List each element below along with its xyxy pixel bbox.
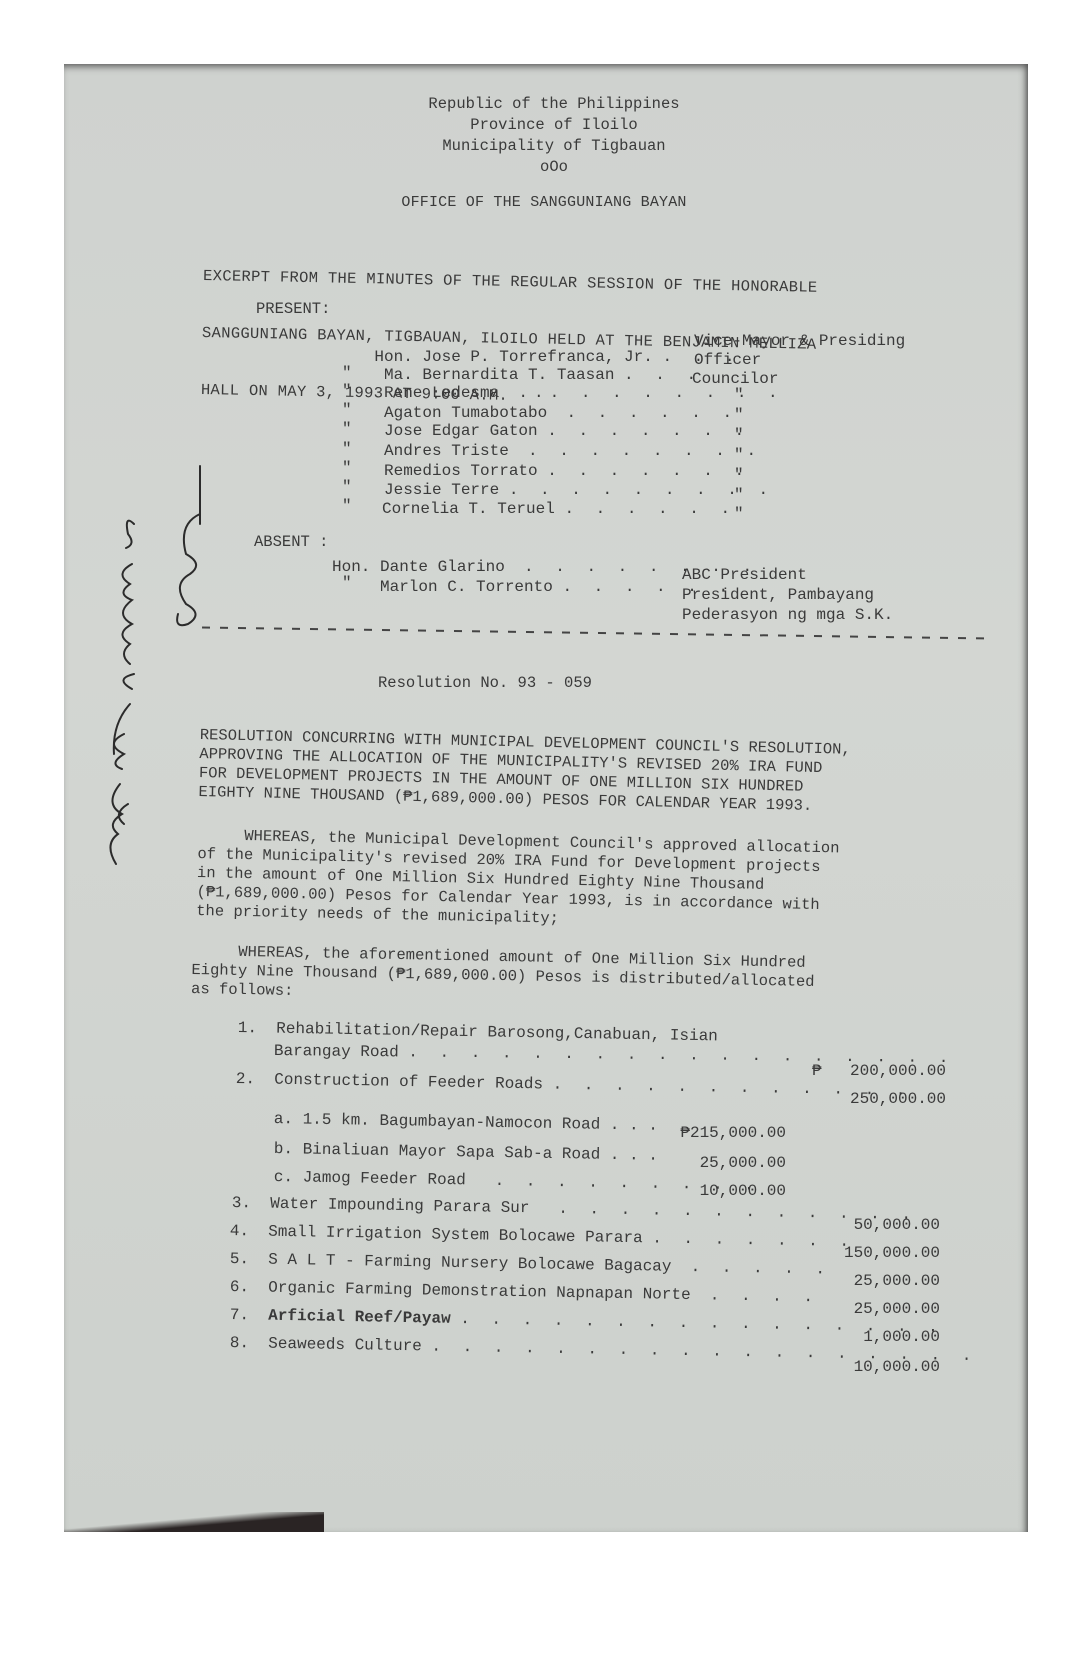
- leader-dots: . . .: [624, 366, 702, 384]
- attendee-row: Agaton Tumabotabo . . . . . .: [384, 404, 738, 422]
- item-number: 1.: [238, 1019, 258, 1037]
- item-amount: 200,000.00: [846, 1062, 946, 1080]
- leader-dots: . . . . . . .: [547, 462, 750, 480]
- attendee-name: Rene Ledesma: [384, 384, 499, 402]
- item-label: 1.5 km. Bagumbayan-Namocon Road: [302, 1111, 600, 1134]
- item-label: Construction of Feeder Roads: [274, 1071, 543, 1094]
- attendee-row: Jessie Terre . . . . . . . . .: [384, 481, 774, 499]
- attendee-name: Jose Edgar Gaton: [384, 422, 538, 440]
- item-label: Seaweeds Culture: [268, 1335, 422, 1356]
- item-label-cont: Barangay Road: [274, 1042, 399, 1061]
- ditto-mark: ": [342, 459, 352, 477]
- attendee-row: Jose Edgar Gaton . . . . . . .: [384, 422, 750, 440]
- sub-item-amount: 10,000.00: [674, 1182, 786, 1200]
- office-title: OFFICE OF THE SANGGUNIANG BAYAN: [294, 194, 794, 211]
- item-number: 8.: [230, 1334, 250, 1352]
- item-label: S A L T - Farming Nursery Bolocawe Bagac…: [268, 1251, 672, 1276]
- currency-symbol: ₱: [812, 1062, 822, 1080]
- sub-item-amount: ₱215,000.00: [674, 1124, 786, 1142]
- item-letter: a.: [274, 1110, 294, 1128]
- excerpt-line: EXCERPT FROM THE MINUTES OF THE REGULAR …: [203, 267, 818, 298]
- item-amount: 10,000.00: [840, 1358, 940, 1376]
- item-letter: c.: [274, 1168, 294, 1186]
- leader-dots: . . . .: [710, 1286, 820, 1306]
- resolution-title: RESOLUTION CONCURRING WITH MUNICIPAL DEV…: [198, 726, 851, 817]
- attendee-row: Rene Ledesma ... . . . . . . .: [384, 384, 784, 402]
- leader-dots: ... . . . . . . .: [518, 384, 783, 402]
- header-province: Province of Iloilo: [364, 115, 744, 136]
- document-page: Republic of the Philippines Province of …: [64, 64, 1028, 1532]
- attendee-name: Jose P. Torrefranca, Jr.: [422, 348, 652, 366]
- attendee-name: Agaton Tumabotabo: [384, 404, 547, 422]
- ditto-mark: ": [342, 478, 352, 496]
- sub-item: a. 1.5 km. Bagumbayan-Namocon Road . . .: [274, 1110, 658, 1135]
- item-amount: 150,000.00: [840, 1244, 940, 1262]
- item-amount: 25,000.00: [840, 1272, 940, 1290]
- item-label: Organic Farming Demonstration Napnapan N…: [268, 1279, 691, 1304]
- attendee-role: Vice-Mayor & Presiding: [694, 332, 905, 350]
- leader-dots: . . .: [610, 1116, 658, 1135]
- attendee-prefix: Hon.: [374, 348, 412, 366]
- item-number: 7.: [230, 1306, 250, 1324]
- item-label: Jamog Feeder Road: [302, 1169, 466, 1190]
- item-amount: 1,000.00: [840, 1328, 940, 1346]
- allocation-item: 7. Arficial Reef/Payaw . . . . . . . . .…: [230, 1306, 944, 1336]
- leader-dots: . . . . . .: [564, 500, 736, 518]
- attendee-name: Andres Triste: [384, 442, 509, 460]
- item-label: Small Irrigation System Bolocawe Parara: [268, 1223, 643, 1248]
- header-republic: Republic of the Philippines: [364, 94, 744, 115]
- attendee-row: Cornelia T. Teruel . . . . . .: [382, 500, 736, 518]
- item-label: Rehabilitation/Repair Barosong,Canabuan,…: [276, 1020, 718, 1046]
- attendee-name: Ma. Bernardita T. Taasan: [384, 366, 614, 384]
- item-number: 4.: [230, 1222, 250, 1240]
- margin-signature-2-icon: [164, 464, 214, 634]
- item-amount: 250,000.00: [846, 1090, 946, 1108]
- item-amount: 25,000.00: [840, 1300, 940, 1318]
- whereas-clause-2: WHEREAS, the aforementioned amount of On…: [191, 942, 815, 1011]
- absent-label: ABSENT :: [254, 533, 328, 551]
- allocation-item: 6. Organic Farming Demonstration Napnapa…: [230, 1278, 820, 1306]
- absentee-name: Marlon C. Torrento: [380, 578, 553, 596]
- ditto-mark: ": [342, 574, 352, 592]
- item-label: Binaliuan Mayor Sapa Sab-a Road: [302, 1141, 600, 1164]
- allocation-item: 3. Water Impounding Parara Sur . . . . .…: [232, 1194, 918, 1224]
- attendee-row: Remedios Torrato . . . . . . .: [384, 462, 750, 480]
- attendee-role-cont: Officer: [694, 351, 761, 369]
- document-header: Republic of the Philippines Province of …: [364, 94, 744, 178]
- ditto-mark: ": [342, 420, 352, 438]
- sub-item: b. Binaliuan Mayor Sapa Sab-a Road . . .: [274, 1140, 658, 1165]
- absentee-row: Marlon C. Torrento . . . . . .: [380, 578, 734, 596]
- item-label: Water Impounding Parara Sur: [270, 1195, 530, 1218]
- leader-dots: . . . . . .: [566, 404, 738, 422]
- ditto-mark: ": [342, 382, 352, 400]
- ditto-mark: ": [342, 440, 352, 458]
- attendee-name: Remedios Torrato: [384, 462, 538, 480]
- attendee-role: ": [734, 505, 744, 523]
- leader-dots: . . . . . . .: [652, 1229, 855, 1251]
- item-number: 2.: [236, 1070, 256, 1088]
- allocation-item: 5. S A L T - Farming Nursery Bolocawe Ba…: [230, 1250, 832, 1278]
- margin-signature-1-icon: [94, 504, 154, 874]
- attendee-row: Ma. Bernardita T. Taasan . . .: [384, 366, 702, 384]
- attendee-role: ": [734, 386, 744, 404]
- absentee-role: President, Pambayang: [682, 586, 874, 604]
- item-amount: 50,000.00: [840, 1216, 940, 1234]
- item-number: 6.: [230, 1278, 250, 1296]
- allocation-item: 2. Construction of Feeder Roads . . . . …: [236, 1070, 912, 1100]
- sub-item-amount: 25,000.00: [674, 1154, 786, 1172]
- attendee-name: Jessie Terre: [384, 481, 499, 499]
- whereas-clause-1: WHEREAS, the Municipal Development Counc…: [196, 826, 840, 934]
- resolution-number: Resolution No. 93 - 059: [378, 674, 592, 692]
- header-ornament: oOo: [364, 157, 744, 178]
- absentee-role-cont: Pederasyon ng mga S.K.: [682, 606, 893, 624]
- attendee-row: Andres Triste . . . . . . . .: [384, 442, 762, 460]
- absentee-name: Dante Glarino: [380, 558, 505, 576]
- item-label: Arficial Reef/Payaw: [268, 1307, 451, 1328]
- ditto-mark: ": [342, 401, 352, 419]
- item-number: 3.: [232, 1194, 252, 1212]
- header-municipality: Municipality of Tigbauan: [364, 136, 744, 157]
- section-divider: [202, 626, 992, 639]
- item-number: 5.: [230, 1250, 250, 1268]
- ditto-mark: ": [342, 364, 352, 382]
- leader-dots: . . .: [610, 1146, 658, 1165]
- leader-dots: . . . . .: [690, 1258, 831, 1278]
- ditto-mark: ": [342, 497, 352, 515]
- leader-dots: . . . . . . .: [547, 422, 750, 440]
- attendee-name: Cornelia T. Teruel: [382, 500, 555, 518]
- present-label: PRESENT:: [256, 300, 330, 318]
- item-letter: b.: [274, 1140, 294, 1158]
- allocation-item: 4. Small Irrigation System Bolocawe Para…: [230, 1222, 856, 1251]
- leader-dots: . . . . . . . .: [528, 442, 762, 460]
